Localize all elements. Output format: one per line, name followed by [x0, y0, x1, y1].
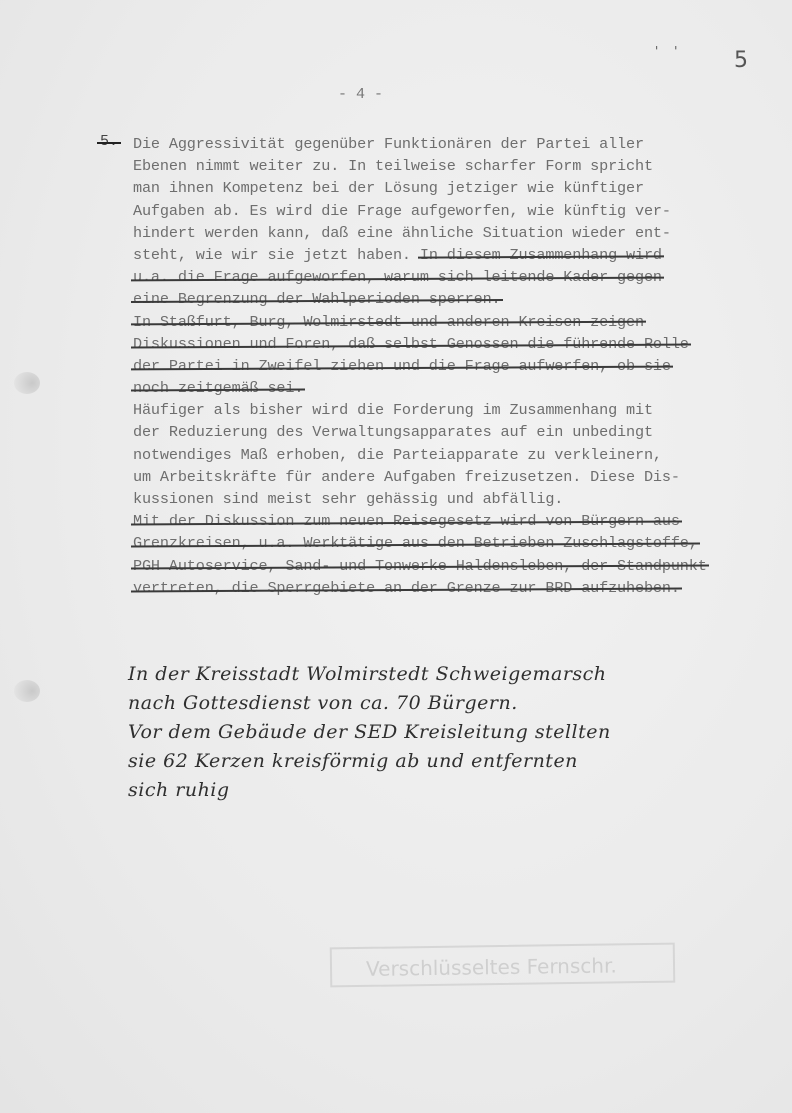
typed-line: der Partei in Zweifel ziehen und die Fra… — [133, 355, 792, 377]
typed-page-number: - 4 - — [338, 86, 383, 103]
typed-line: Häufiger als bisher wird die Forderung i… — [133, 399, 792, 421]
struck-text: In Staßfurt, Burg, Wolmirstedt und ander… — [133, 313, 644, 331]
typed-line: notwendiges Maß erhoben, die Parteiappar… — [133, 444, 792, 466]
struck-text: Mit der Diskussion zum neuen Reisegesetz… — [133, 512, 680, 530]
typed-line: kussionen sind meist sehr gehässig und a… — [133, 488, 792, 510]
punch-hole — [14, 680, 40, 702]
typed-line: Mit der Diskussion zum neuen Reisegesetz… — [133, 510, 792, 532]
struck-text: eine Begrenzung der Wahlperioden sperren… — [133, 290, 501, 308]
handwritten-line: sich ruhig — [128, 776, 768, 805]
struck-text: u.a. die Frage aufgeworfen, warum sich l… — [133, 268, 662, 286]
text-segment: steht, wie wir sie jetzt haben. — [133, 246, 420, 264]
struck-text: Diskussionen und Foren, daß selbst Genos… — [133, 335, 689, 353]
text-segment: Häufiger als bisher wird die Forderung i… — [133, 401, 653, 419]
punch-hole — [14, 372, 40, 394]
text-segment: Ebenen nimmt weiter zu. In teilweise sch… — [133, 157, 653, 175]
text-segment: um Arbeitskräfte für andere Aufgaben fre… — [133, 468, 680, 486]
typed-line: Diskussionen und Foren, daß selbst Genos… — [133, 333, 792, 355]
typed-line: u.a. die Frage aufgeworfen, warum sich l… — [133, 266, 792, 288]
handwritten-line: In der Kreisstadt Wolmirstedt Schweigema… — [128, 660, 768, 689]
handwritten-line: nach Gottesdienst von ca. 70 Bürgern. — [128, 689, 768, 718]
struck-text: vertreten, die Sperrgebiete an der Grenz… — [133, 579, 680, 597]
text-segment: hindert werden kann, daß eine ähnliche S… — [133, 224, 671, 242]
document-page: ' ' 5 - 4 - 5. Die Aggressivität gegenüb… — [0, 0, 792, 1113]
typed-line: man ihnen Kompetenz bei der Lösung jetzi… — [133, 177, 792, 199]
typed-line: vertreten, die Sperrgebiete an der Grenz… — [133, 577, 792, 599]
typed-line: Grenzkreisen, u.a. Werktätige aus den Be… — [133, 532, 792, 554]
struck-text: noch zeitgemäß sei. — [133, 379, 303, 397]
typed-line: Aufgaben ab. Es wird die Frage aufgeworf… — [133, 200, 792, 222]
typed-line: der Reduzierung des Verwaltungsapparates… — [133, 421, 792, 443]
typed-line: um Arbeitskräfte für andere Aufgaben fre… — [133, 466, 792, 488]
text-segment: Die Aggressivität gegenüber Funktionären… — [133, 135, 644, 153]
text-segment: Aufgaben ab. Es wird die Frage aufgeworf… — [133, 202, 671, 220]
handwritten-line: sie 62 Kerzen kreisförmig ab und entfern… — [128, 747, 768, 776]
struck-text: Grenzkreisen, u.a. Werktätige aus den Be… — [133, 534, 698, 552]
stamp: Verschlüsseltes Fernschr. — [330, 943, 676, 988]
text-segment: man ihnen Kompetenz bei der Lösung jetzi… — [133, 179, 644, 197]
text-segment: notwendiges Maß erhoben, die Parteiappar… — [133, 446, 662, 464]
typed-line: PGH Autoservice, Sand- und Tonwerke Hald… — [133, 555, 792, 577]
handwritten-page-number: 5 — [734, 48, 748, 73]
typed-line: hindert werden kann, daß eine ähnliche S… — [133, 222, 792, 244]
struck-text: In diesem Zusammenhang wird — [420, 246, 662, 264]
typed-body-text: Die Aggressivität gegenüber Funktionären… — [133, 133, 792, 599]
text-segment: kussionen sind meist sehr gehässig und a… — [133, 490, 563, 508]
typed-line: Die Aggressivität gegenüber Funktionären… — [133, 133, 792, 155]
typed-line: eine Begrenzung der Wahlperioden sperren… — [133, 288, 792, 310]
text-segment: der Reduzierung des Verwaltungsapparates… — [133, 423, 653, 441]
corner-marks: ' ' — [655, 44, 683, 58]
typed-line: noch zeitgemäß sei. — [133, 377, 792, 399]
handwritten-line: Vor dem Gebäude der SED Kreisleitung ste… — [128, 718, 768, 747]
struck-text: PGH Autoservice, Sand- und Tonwerke Hald… — [133, 557, 707, 575]
typed-line: steht, wie wir sie jetzt haben. In diese… — [133, 244, 792, 266]
handwritten-annotation: In der Kreisstadt Wolmirstedt Schweigema… — [128, 660, 768, 805]
typed-line: Ebenen nimmt weiter zu. In teilweise sch… — [133, 155, 792, 177]
typed-line: In Staßfurt, Burg, Wolmirstedt und ander… — [133, 311, 792, 333]
struck-text: der Partei in Zweifel ziehen und die Fra… — [133, 357, 671, 375]
struck-section-number: 5. — [100, 133, 118, 150]
